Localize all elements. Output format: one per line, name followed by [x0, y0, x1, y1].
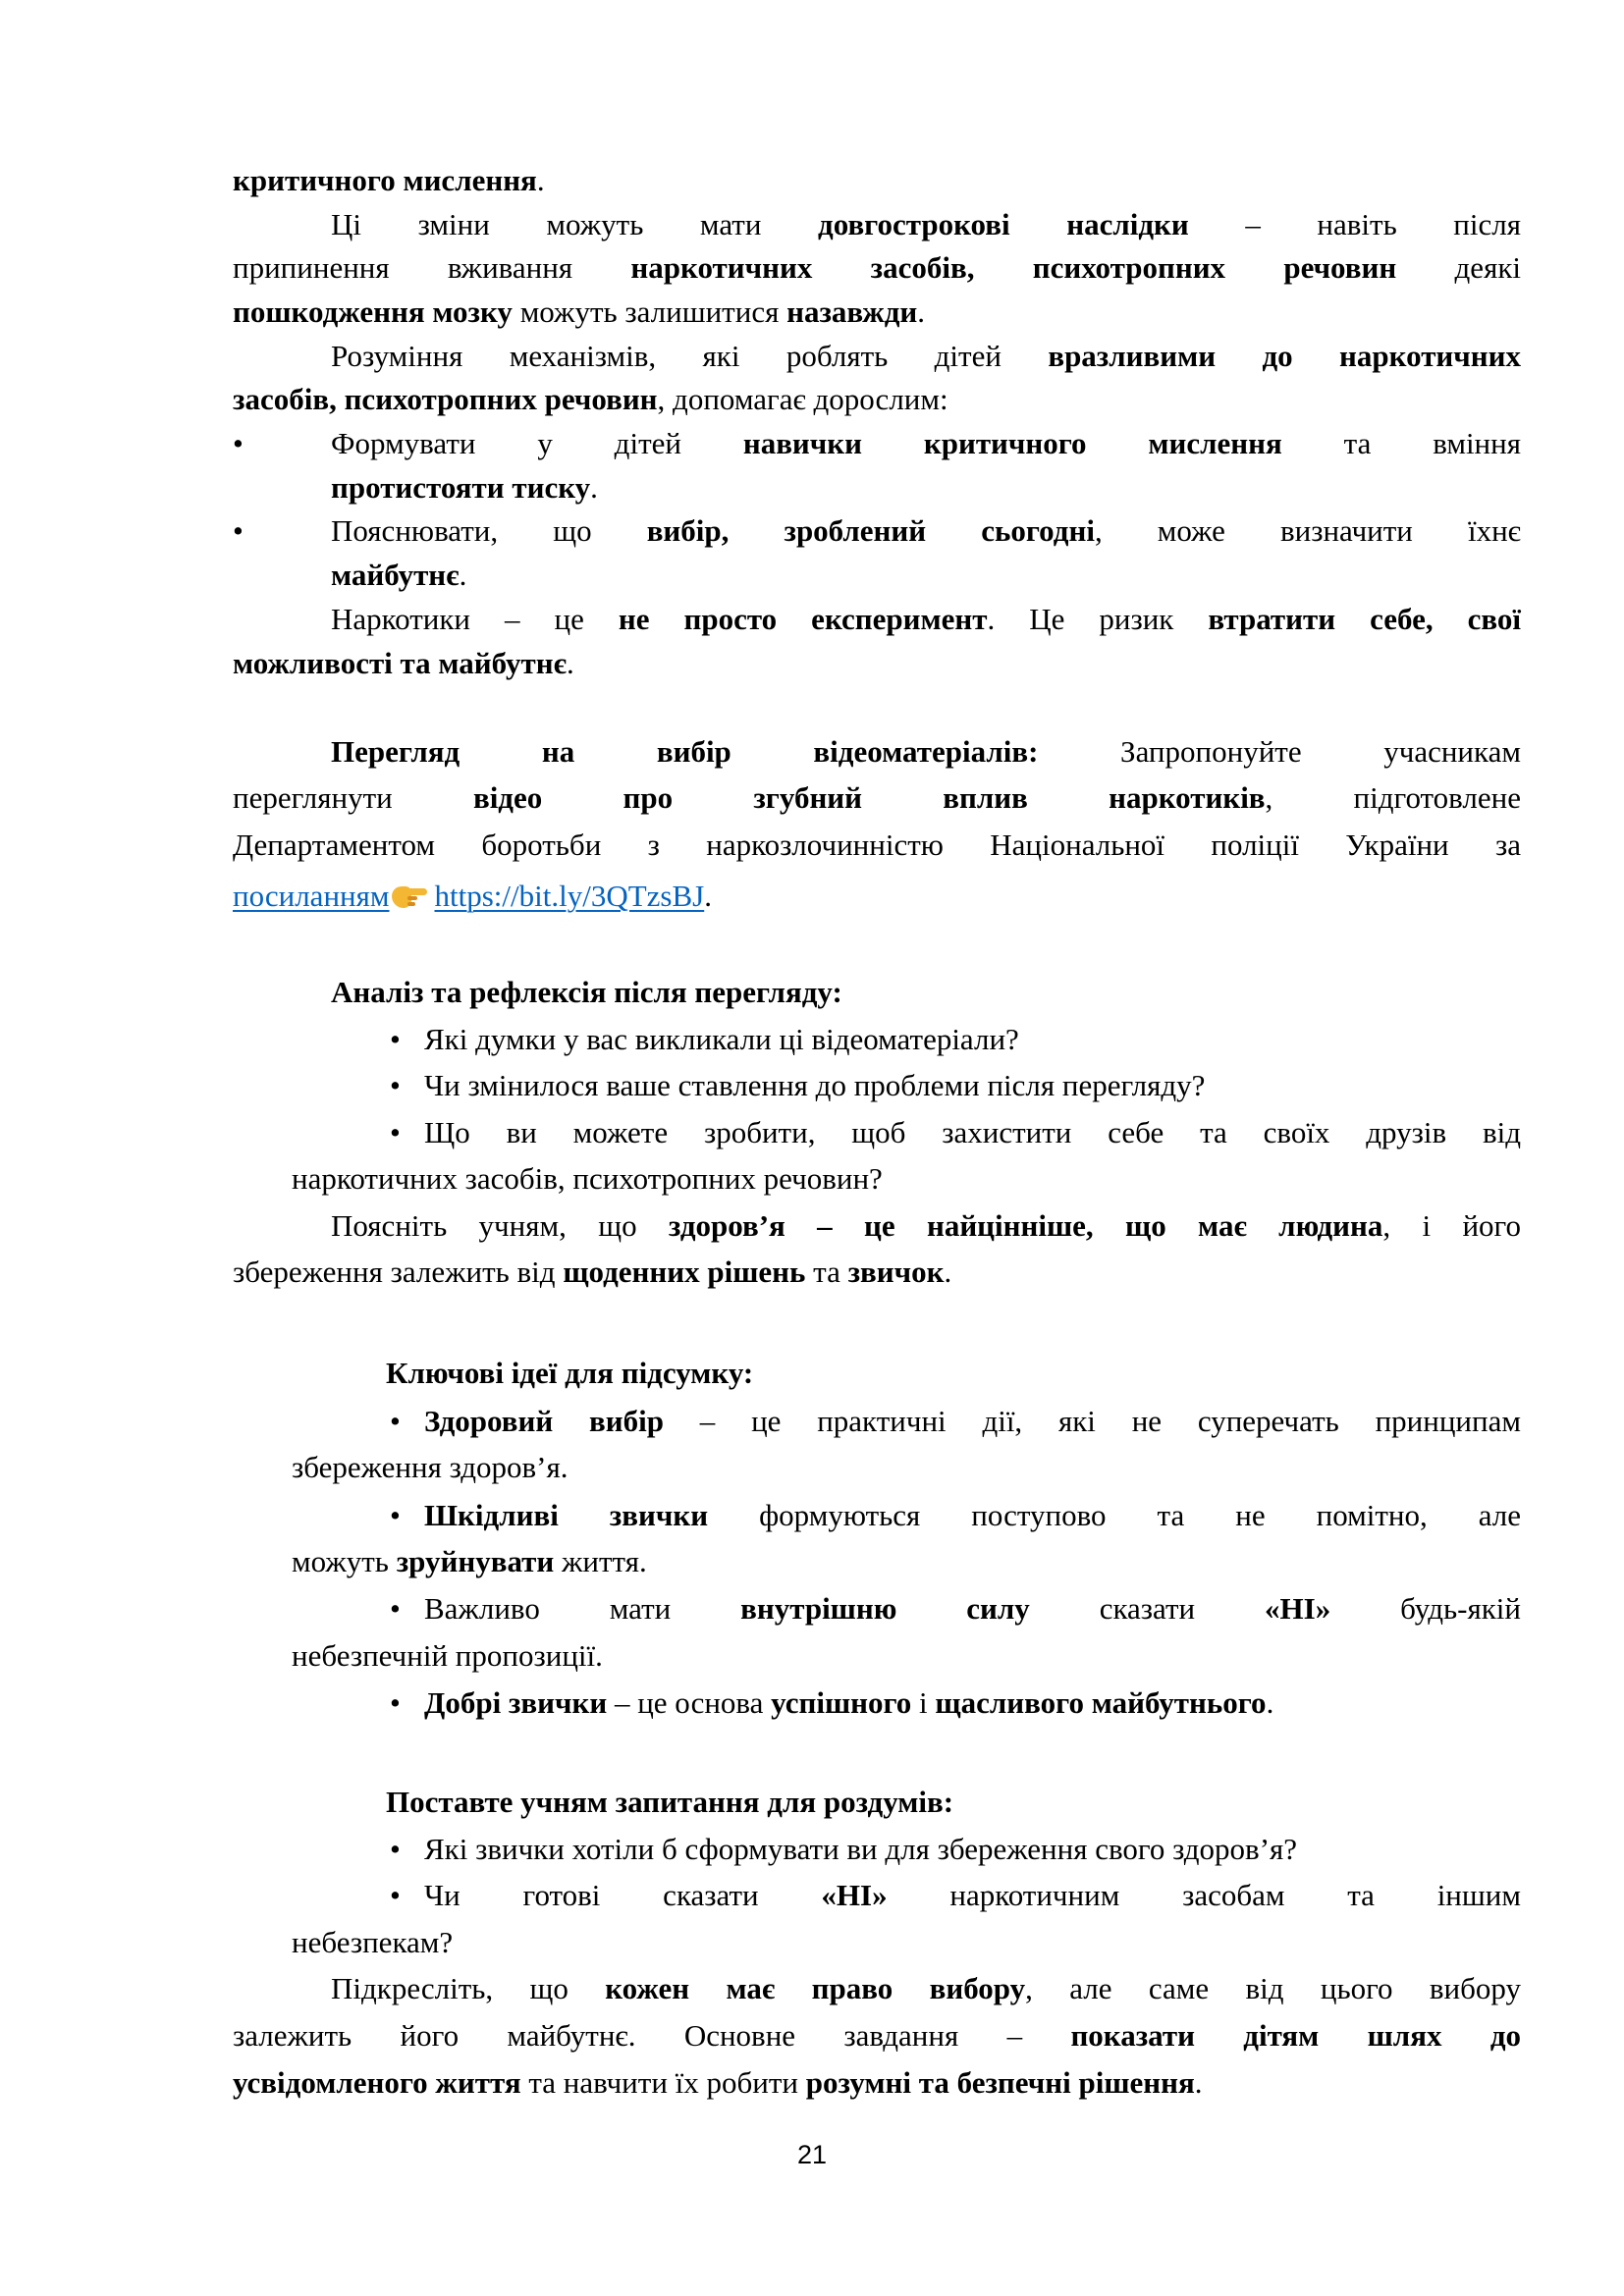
- bold-text: можливості та майбутнє: [233, 646, 567, 680]
- bold-text: розумні та безпечні рішення: [806, 2065, 1195, 2100]
- text-line: наркотичних засобів, психотропних речови…: [292, 1159, 883, 1199]
- text-line: протистояти тиску.: [331, 468, 598, 507]
- text: . Це ризик: [987, 602, 1208, 636]
- bullet-icon: •: [233, 511, 244, 551]
- backhand-index-pointing-right-icon: [392, 881, 429, 910]
- text: .: [1195, 2065, 1203, 2100]
- text: формуються поступово та не помітно, але: [708, 1498, 1521, 1532]
- bold-text: засобів, психотропних речовин: [233, 382, 658, 416]
- bold-text: «НІ»: [1265, 1591, 1330, 1626]
- text: .: [1267, 1685, 1274, 1720]
- text: Поясніть учням, що: [331, 1208, 669, 1243]
- text-line: переглянути відео про згубний вплив нарк…: [233, 778, 1521, 818]
- text-line: Департаментом боротьби з наркозлочинніст…: [233, 826, 1521, 865]
- text: Чи змінилося ваше ставлення до проблеми …: [424, 1068, 1205, 1102]
- bold-text: усвідомленого життя: [233, 2065, 521, 2100]
- document-page: посиланнямhttps://bit.ly/3QTzsBJ. 21 кри…: [0, 0, 1624, 2296]
- text-line: Які звички хотіли б сформувати ви для зб…: [424, 1830, 1297, 1869]
- text: Які звички хотіли б сформувати ви для зб…: [424, 1832, 1297, 1866]
- bullet-icon: •: [390, 1113, 401, 1152]
- text: збереження залежить від: [233, 1255, 563, 1289]
- text: і: [911, 1685, 935, 1720]
- text: , і його: [1382, 1208, 1521, 1243]
- text: наркотичним засобам та іншим: [888, 1878, 1521, 1912]
- text: Департаментом боротьби з наркозлочинніст…: [233, 828, 1521, 862]
- text-line: пошкодження мозку можуть залишитися наза…: [233, 293, 925, 332]
- link-label[interactable]: посиланням: [233, 879, 390, 913]
- text-line: Що ви можете зробити, щоб захистити себе…: [424, 1113, 1521, 1152]
- text-line: Перегляд на вибір відеоматеріалів: Запро…: [331, 732, 1521, 772]
- text-line: Чи готові сказати «НІ» наркотичним засоб…: [424, 1876, 1521, 1915]
- bold-text: вразливими до наркотичних: [1048, 339, 1521, 373]
- text-line: небезпечній пропозиції.: [292, 1636, 603, 1676]
- video-link-line: посиланнямhttps://bit.ly/3QTzsBJ.: [233, 877, 712, 916]
- bullet-icon: •: [390, 1020, 401, 1059]
- bold-text: Поставте учням запитання для роздумів:: [386, 1785, 953, 1819]
- text: Які думки у вас викликали ці відеоматері…: [424, 1022, 1019, 1056]
- bullet-icon: •: [390, 1876, 401, 1915]
- bullet-icon: •: [233, 424, 244, 463]
- text-line: залежить його майбутнє. Основне завдання…: [233, 2016, 1521, 2056]
- bold-text: критичного мислення: [233, 163, 537, 197]
- text: .: [917, 294, 925, 329]
- bullet-icon: •: [390, 1402, 401, 1441]
- text: .: [945, 1255, 952, 1289]
- text: Що ви можете зробити, щоб захистити себе…: [424, 1115, 1521, 1149]
- text-line: Поставте учням запитання для роздумів:: [386, 1783, 953, 1822]
- bold-text: пошкодження мозку: [233, 294, 513, 329]
- text-line: Розуміння механізмів, які роблять дітей …: [331, 337, 1521, 376]
- bullet-icon: •: [390, 1066, 401, 1105]
- text-line: припинення вживання наркотичних засобів,…: [233, 248, 1521, 288]
- page-number: 21: [0, 2140, 1624, 2170]
- text: переглянути: [233, 780, 473, 815]
- text: можуть: [292, 1544, 397, 1578]
- text-line: Ці зміни можуть мати довгострокові наслі…: [331, 205, 1521, 244]
- bold-text: відео про згубний вплив наркотиків: [473, 780, 1266, 815]
- text: можуть залишитися: [513, 294, 786, 329]
- bitly-url-link[interactable]: https://bit.ly/3QTzsBJ: [435, 879, 705, 913]
- text: – навіть після: [1189, 207, 1521, 241]
- bold-text: Перегляд на вибір відеоматеріалів:: [331, 734, 1038, 769]
- bold-text: майбутнє: [331, 558, 460, 592]
- text: , але саме від цього вибору: [1025, 1971, 1521, 2005]
- text-line: усвідомленого життя та навчити їх робити…: [233, 2063, 1203, 2103]
- text-line: Чи змінилося ваше ставлення до проблеми …: [424, 1066, 1205, 1105]
- text-line: можуть зруйнувати життя.: [292, 1542, 647, 1581]
- bullet-icon: •: [390, 1683, 401, 1723]
- bold-text: внутрішню силу: [740, 1591, 1030, 1626]
- bold-text: втратити себе, свої: [1208, 602, 1521, 636]
- text: , допомагає дорослим:: [658, 382, 948, 416]
- text: небезпечній пропозиції.: [292, 1638, 603, 1673]
- bold-text: Шкідливі звички: [424, 1498, 708, 1532]
- bold-text: наркотичних засобів, психотропних речови…: [630, 250, 1396, 285]
- text: .: [460, 558, 467, 592]
- text: Чи готові сказати: [424, 1878, 821, 1912]
- bold-text: Здоровий вибір: [424, 1404, 664, 1438]
- text: та навчити їх робити: [521, 2065, 806, 2100]
- bold-text: успішного: [771, 1685, 911, 1720]
- text: – це практичні дії, які не суперечать пр…: [664, 1404, 1521, 1438]
- text: Важливо мати: [424, 1591, 740, 1626]
- bold-text: протистояти тиску: [331, 470, 590, 505]
- bold-text: звичок: [848, 1255, 945, 1289]
- text: та вміння: [1282, 426, 1521, 460]
- bold-text: назавжди: [786, 294, 917, 329]
- bold-text: не просто експеримент: [619, 602, 988, 636]
- text: сказати: [1030, 1591, 1265, 1626]
- text-line: Формувати у дітей навички критичного мис…: [331, 424, 1521, 463]
- text-line: збереження залежить від щоденних рішень …: [233, 1253, 951, 1292]
- text-line: Підкресліть, що кожен має право вибору, …: [331, 1969, 1521, 2008]
- text: Розуміння механізмів, які роблять дітей: [331, 339, 1048, 373]
- text: Наркотики – це: [331, 602, 619, 636]
- bold-text: здоров’я – це найцінніше, що має людина: [669, 1208, 1382, 1243]
- bold-text: щасливого майбутнього: [935, 1685, 1266, 1720]
- text: , може визначити їхнє: [1095, 513, 1521, 548]
- bullet-icon: •: [390, 1496, 401, 1535]
- text-line: майбутнє.: [331, 556, 466, 595]
- bullet-icon: •: [390, 1830, 401, 1869]
- text-line: Аналіз та рефлексія після перегляду:: [331, 973, 842, 1012]
- bold-text: щоденних рішень: [563, 1255, 805, 1289]
- bold-text: Ключові ідеї для підсумку:: [386, 1356, 753, 1390]
- bold-text: кожен має право вибору: [605, 1971, 1025, 2005]
- link-period: .: [704, 879, 712, 913]
- text-line: засобів, психотропних речовин, допомагає…: [233, 380, 948, 419]
- text: наркотичних засобів, психотропних речови…: [292, 1161, 883, 1196]
- text: збереження здоров’я.: [292, 1450, 568, 1484]
- text: Пояснювати, що: [331, 513, 647, 548]
- text-line: небезпекам?: [292, 1923, 453, 1962]
- bullet-icon: •: [390, 1589, 401, 1629]
- text: будь-якій: [1330, 1591, 1521, 1626]
- text: Формувати у дітей: [331, 426, 743, 460]
- bold-text: показати дітям шлях до: [1070, 2018, 1521, 2053]
- text: .: [537, 163, 545, 197]
- text-line: Які думки у вас викликали ці відеоматері…: [424, 1020, 1019, 1059]
- text-line: можливості та майбутнє.: [233, 644, 574, 683]
- text: Ці зміни можуть мати: [331, 207, 818, 241]
- text: – це основа: [607, 1685, 771, 1720]
- text: життя.: [554, 1544, 646, 1578]
- text-line: критичного мислення.: [233, 161, 545, 200]
- text-line: Поясніть учням, що здоров’я – це найцінн…: [331, 1206, 1521, 1246]
- text: деякі: [1396, 250, 1521, 285]
- text-line: збереження здоров’я.: [292, 1448, 568, 1487]
- text: , підготовлене: [1266, 780, 1521, 815]
- text-line: Пояснювати, що вибір, зроблений сьогодні…: [331, 511, 1521, 551]
- bold-text: «НІ»: [821, 1878, 887, 1912]
- text-line: Важливо мати внутрішню силу сказати «НІ»…: [424, 1589, 1521, 1629]
- bold-text: вибір, зроблений сьогодні: [647, 513, 1095, 548]
- text: .: [567, 646, 574, 680]
- bold-text: довгострокові наслідки: [818, 207, 1189, 241]
- text: та: [805, 1255, 847, 1289]
- text: залежить його майбутнє. Основне завдання…: [233, 2018, 1070, 2053]
- bold-text: Аналіз та рефлексія після перегляду:: [331, 975, 842, 1009]
- text: .: [590, 470, 598, 505]
- text-line: Здоровий вибір – це практичні дії, які н…: [424, 1402, 1521, 1441]
- text: Підкресліть, що: [331, 1971, 605, 2005]
- text-line: Добрі звички – це основа успішного і щас…: [424, 1683, 1273, 1723]
- text: небезпекам?: [292, 1925, 453, 1959]
- bold-text: Добрі звички: [424, 1685, 607, 1720]
- text-line: Ключові ідеї для підсумку:: [386, 1354, 753, 1393]
- text-line: Шкідливі звички формуються поступово та …: [424, 1496, 1521, 1535]
- text-line: Наркотики – це не просто експеримент. Це…: [331, 600, 1521, 639]
- bold-text: навички критичного мислення: [743, 426, 1282, 460]
- text: Запропонуйте учасникам: [1038, 734, 1521, 769]
- text: припинення вживання: [233, 250, 630, 285]
- bold-text: зруйнувати: [397, 1544, 555, 1578]
